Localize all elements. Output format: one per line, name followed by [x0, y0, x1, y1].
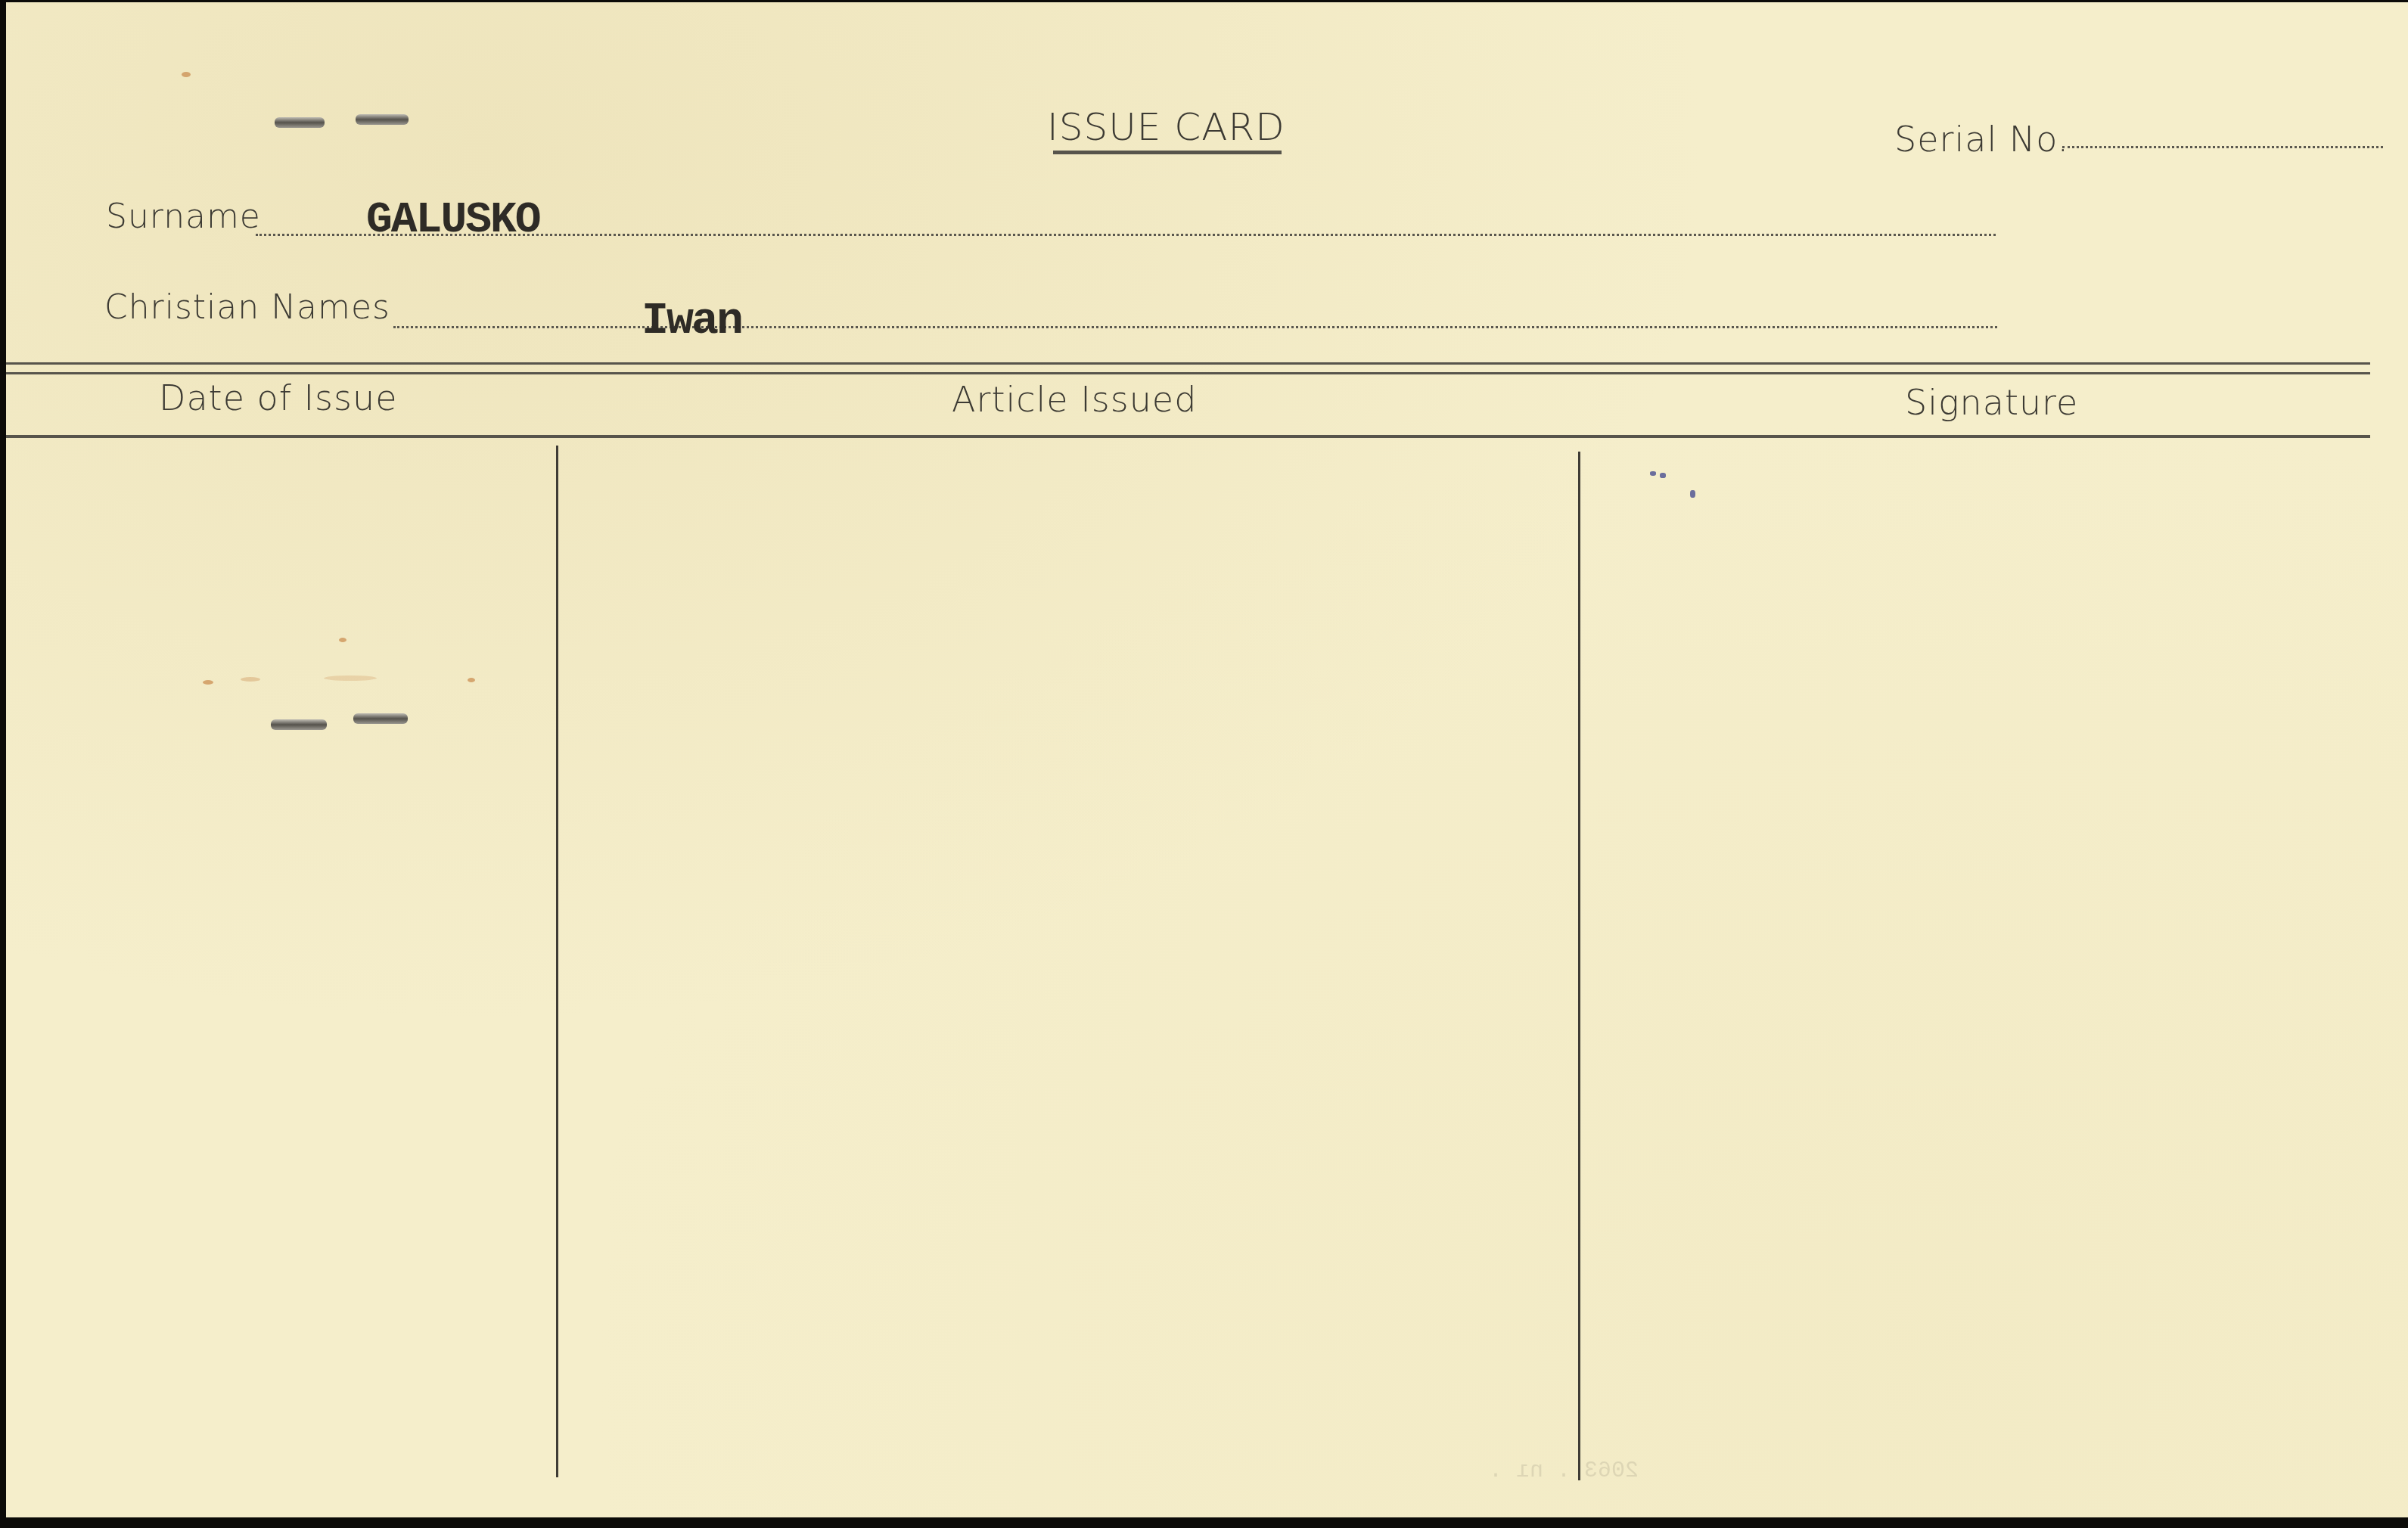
christian-names-field[interactable] — [393, 326, 1997, 328]
column-header-article-issued: Article Issued — [952, 379, 1197, 420]
ink-speck — [1650, 471, 1656, 476]
christian-names-label: Christian Names — [104, 288, 390, 327]
rust-stain — [182, 72, 191, 77]
ink-speck — [1690, 490, 1695, 498]
title-underline — [1053, 151, 1282, 154]
header-rule-top — [6, 362, 2370, 365]
serial-label: Serial No. — [1894, 119, 2069, 160]
header-rule-bottom — [6, 435, 2370, 438]
rust-stain — [339, 638, 346, 642]
signature-column[interactable] — [1580, 439, 2370, 1483]
header-rule-second — [6, 372, 2370, 374]
surname-value: GALUSKO — [366, 196, 540, 245]
article-issued-column[interactable] — [558, 439, 1578, 1483]
christian-names-value: Iwan — [642, 296, 741, 347]
surname-label: Surname — [106, 197, 261, 236]
date-of-issue-column[interactable] — [6, 439, 556, 1483]
rust-stain — [468, 678, 475, 682]
staple-mark-icon — [353, 713, 408, 724]
column-header-signature: Signature — [1905, 382, 2078, 423]
rust-stain — [324, 675, 377, 681]
rust-stain — [241, 677, 260, 682]
staple-mark-icon — [271, 719, 327, 730]
show-through-text: 2063 . nı . — [1489, 1458, 1639, 1484]
card-title: ISSUE CARD — [1047, 105, 1285, 149]
column-header-date-of-issue: Date of Issue — [159, 377, 397, 418]
staple-mark-icon — [275, 117, 325, 128]
issue-card: ISSUE CARD Serial No. Surname GALUSKO Ch… — [6, 2, 2408, 1517]
staple-mark-icon — [356, 114, 409, 125]
rust-stain — [203, 680, 213, 685]
serial-field[interactable] — [2062, 146, 2383, 148]
ink-speck — [1660, 473, 1666, 478]
